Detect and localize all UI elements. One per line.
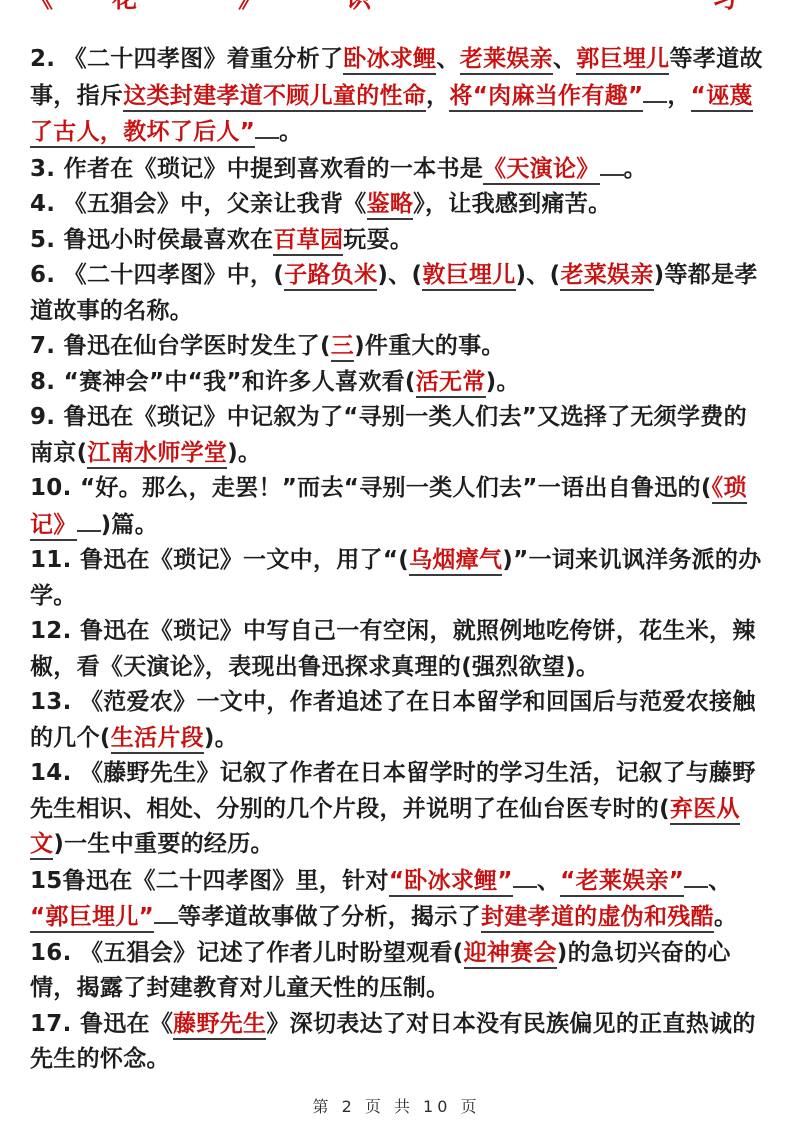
clipped-red-glyph: 花 (112, 0, 142, 13)
question-text: 11. 鲁迅在《琐记》一文中，用了“( (30, 547, 409, 573)
answer-text: “卧冰求鲤” (389, 868, 513, 897)
question-text: 10. “好。那么，走罢！”而去“寻别一类人们去”一语出自鲁迅的( (30, 475, 712, 501)
answer-blank-line (643, 78, 667, 103)
question-text: ， (426, 83, 449, 109)
clipped-red-glyph: 《 (28, 0, 58, 13)
question-item: 11. 鲁迅在《琐记》一文中，用了“(乌烟瘴气)”一词来讥讽洋务派的办学。 (30, 543, 767, 614)
clipped-red-glyph: 识 (346, 0, 376, 13)
question-text: 。 (624, 156, 647, 182)
question-item: 8. “赛神会”中“我”和许多人喜欢看(活无常)。 (30, 365, 767, 401)
answer-text: 三 (331, 333, 354, 362)
question-item: 6. 《二十四孝图》中，(子路负米)、(敦巨埋儿)、(老菜娱亲)等都是孝道故事的… (30, 258, 767, 329)
question-text: )、( (516, 262, 561, 288)
question-text: 。 (714, 904, 737, 930)
question-item: 15鲁迅在《二十四孝图》里，针对“卧冰求鲤”、“老莱娱亲”、“郭巨埋儿”等孝道故… (30, 863, 767, 936)
answer-text: “老莱娱亲” (560, 868, 684, 897)
question-text: 玩耍。 (343, 227, 413, 253)
answer-text: 鉴略 (367, 191, 414, 220)
answer-text: 生活片段 (111, 725, 204, 754)
question-text: 、 (708, 868, 731, 894)
answer-text: 卧冰求鲤 (343, 46, 436, 75)
question-item: 4. 《五猖会》中，父亲让我背《鉴略》，让我感到痛苦。 (30, 187, 767, 223)
question-item: 16. 《五猖会》记述了作者儿时盼望观看(迎神赛会)的急切兴奋的心情，揭露了封建… (30, 936, 767, 1007)
question-text: )一生中重要的经历。 (53, 831, 274, 857)
question-text: 、 (537, 868, 560, 894)
question-text: 12. 鲁迅在《琐记》中写自己一有空闲，就照例地吃侉饼，花生米，辣椒，看《天演论… (30, 618, 756, 680)
question-item: 14. 《藤野先生》记叙了作者在日本留学时的学习生活，记叙了与藤野先生相识、相处… (30, 756, 767, 863)
answer-text: 迎神赛会 (464, 940, 557, 969)
answer-blank-line (684, 863, 708, 888)
clipped-red-glyph: 习 (712, 0, 742, 13)
answer-text: 老莱娱亲 (460, 46, 553, 75)
question-text: )。 (486, 369, 520, 395)
question-text: 。 (279, 119, 302, 145)
question-text: 17. 鲁迅在《 (30, 1011, 173, 1037)
answer-text: 封建孝道的虚伪和残酷 (481, 904, 714, 933)
question-text: 6. 《二十四孝图》中，( (30, 262, 284, 288)
question-text: 等孝道故事做了分析，揭示了 (178, 904, 481, 930)
answer-text: 乌烟瘴气 (409, 547, 502, 576)
answer-text: 活无常 (416, 369, 486, 398)
answer-text: 藤野先生 (173, 1011, 266, 1040)
answer-blank-line (513, 863, 537, 888)
answer-text: 将“肉麻当作有趣” (449, 83, 643, 112)
document-page: 《花》识习 2. 《二十四孝图》着重分析了卧冰求鲤、老莱娱亲、郭巨埋儿等孝道故事… (0, 0, 793, 1122)
question-text: )。 (227, 440, 261, 466)
question-text: )。 (204, 725, 238, 751)
question-text: ， (667, 83, 690, 109)
question-item: 7. 鲁迅在仙台学医时发生了(三)件重大的事。 (30, 329, 767, 365)
question-text: 14. 《藤野先生》记叙了作者在日本留学时的学习生活，记叙了与藤野先生相识、相处… (30, 760, 756, 822)
question-item: 5. 鲁迅小时侯最喜欢在百草园玩耍。 (30, 223, 767, 259)
answer-blank-line (600, 151, 624, 176)
answer-text: 老菜娱亲 (560, 262, 653, 291)
answer-text: 《天演论》 (483, 156, 600, 185)
answer-text: 百草园 (273, 227, 343, 256)
question-item: 2. 《二十四孝图》着重分析了卧冰求鲤、老莱娱亲、郭巨埋儿等孝道故事，指斥这类封… (30, 42, 767, 151)
question-text: )件重大的事。 (354, 333, 505, 359)
answer-text: 郭巨埋儿 (576, 46, 669, 75)
question-text: 2. 《二十四孝图》着重分析了 (30, 46, 343, 72)
question-item: 9. 鲁迅在《琐记》中记叙为了“寻别一类人们去”又选择了无须学费的南京(江南水师… (30, 400, 767, 471)
question-text: 4. 《五猖会》中，父亲让我背《 (30, 191, 367, 217)
question-item: 10. “好。那么，走罢！”而去“寻别一类人们去”一语出自鲁迅的(《琐记》)篇。 (30, 471, 767, 543)
question-item: 13. 《范爱农》一文中，作者追述了在日本留学和回国后与范爱农接触的几个(生活片… (30, 685, 767, 756)
question-text: 15鲁迅在《二十四孝图》里，针对 (30, 868, 389, 894)
answer-text: “郭巨埋儿” (30, 904, 154, 933)
question-text: )篇。 (101, 512, 158, 538)
answer-text: 敦巨埋儿 (422, 262, 515, 291)
question-item: 17. 鲁迅在《藤野先生》深切表达了对日本没有民族偏见的正直热诚的先生的怀念。 (30, 1007, 767, 1078)
question-text: )、( (377, 262, 422, 288)
question-text: 3. 作者在《琐记》中提到喜欢看的一本书是 (30, 156, 483, 182)
clipped-red-glyph: 》 (238, 0, 268, 13)
answer-text: 江南水师学堂 (87, 440, 227, 469)
question-item: 3. 作者在《琐记》中提到喜欢看的一本书是《天演论》。 (30, 151, 767, 188)
question-text: 5. 鲁迅小时侯最喜欢在 (30, 227, 273, 253)
question-item: 12. 鲁迅在《琐记》中写自己一有空闲，就照例地吃侉饼，花生米，辣椒，看《天演论… (30, 614, 767, 685)
answer-sheet-body: 2. 《二十四孝图》着重分析了卧冰求鲤、老莱娱亲、郭巨埋儿等孝道故事，指斥这类封… (30, 42, 767, 1078)
question-text: 8. “赛神会”中“我”和许多人喜欢看( (30, 369, 416, 395)
answer-blank-line (154, 899, 178, 924)
question-text: 、 (436, 46, 459, 72)
question-text: 》，让我感到痛苦。 (413, 191, 611, 217)
question-text: 16. 《五猖会》记述了作者儿时盼望观看( (30, 940, 464, 966)
answer-text: 这类封建孝道不顾儿童的性命 (123, 83, 426, 112)
question-text: 7. 鲁迅在仙台学医时发生了( (30, 333, 331, 359)
question-text: 、 (553, 46, 576, 72)
page-number-footer: 第 2 页 共 10 页 (0, 1094, 793, 1117)
answer-blank-line (77, 507, 101, 532)
answer-blank-line (255, 114, 279, 139)
answer-text: 子路负米 (284, 262, 377, 291)
